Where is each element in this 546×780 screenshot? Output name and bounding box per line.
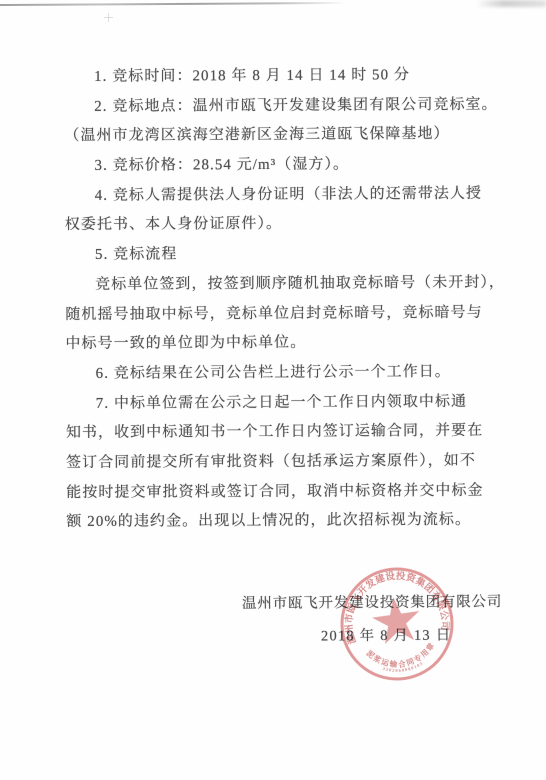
scan-artifact-plus-mark xyxy=(104,13,113,22)
doc-line-penalty: 额 20%的违约金。出现以上情况的，此次招标视为流标。 xyxy=(66,506,490,538)
company-seal-stamp: 温州市瓯飞开发建设投资集团有限公司 泥浆运输合同专用章 330206008010… xyxy=(318,545,476,703)
doc-line-identity-2: 权委托书、本人身份证原件）。 xyxy=(65,209,489,241)
doc-line-winner-2: 知书，收到中标通知书一个工作日内签订运输合同，并要在 xyxy=(66,417,490,449)
doc-line-bid-time: 1. 竞标时间：2018 年 8 月 14 日 14 时 50 分 xyxy=(64,61,488,93)
star-icon xyxy=(370,594,423,645)
doc-line-winner-3: 签订合同前提交所有审批资料（包括承运方案原件），如不 xyxy=(66,447,490,479)
scanned-document-page: 1. 竞标时间：2018 年 8 月 14 日 14 时 50 分 2. 竞标地… xyxy=(0,0,546,780)
doc-line-process-3: 中标号一致的单位即为中标单位。 xyxy=(65,328,489,360)
doc-line-process-2: 随机摇号抽取中标号，竞标单位启封竞标暗号，竞标暗号与 xyxy=(65,298,489,330)
doc-line-result: 6. 竞标结果在公司公告栏上进行公示一个工作日。 xyxy=(66,358,490,390)
doc-line-process-1: 竞标单位签到，按签到顺序随机抽取竞标暗号（未开封）， xyxy=(65,269,489,301)
doc-line-identity-1: 4. 竞标人需提供法人身份证明（非法人的还需带法人授 xyxy=(65,180,489,212)
doc-line-process-title: 5. 竞标流程 xyxy=(65,239,489,271)
doc-line-bid-place: 2. 竞标地点：温州市瓯飞开发建设集团有限公司竞标室。 xyxy=(64,90,488,122)
doc-line-address: （温州市龙湾区滨海空港新区金海三道瓯飞保障基地） xyxy=(64,120,488,152)
doc-line-winner-1: 7. 中标单位需在公示之日起一个工作日内领取中标通 xyxy=(66,387,490,419)
doc-line-winner-4: 能按时提交审批资料或签订合同，取消中标资格并交中标金 xyxy=(66,476,490,508)
doc-line-bid-price: 3. 竞标价格：28.54 元/m³（湿方）。 xyxy=(64,150,488,182)
document-body: 1. 竞标时间：2018 年 8 月 14 日 14 时 50 分 2. 竞标地… xyxy=(64,61,490,538)
scan-artifact-top-line xyxy=(0,2,346,6)
scan-artifact-smudge xyxy=(476,0,546,7)
